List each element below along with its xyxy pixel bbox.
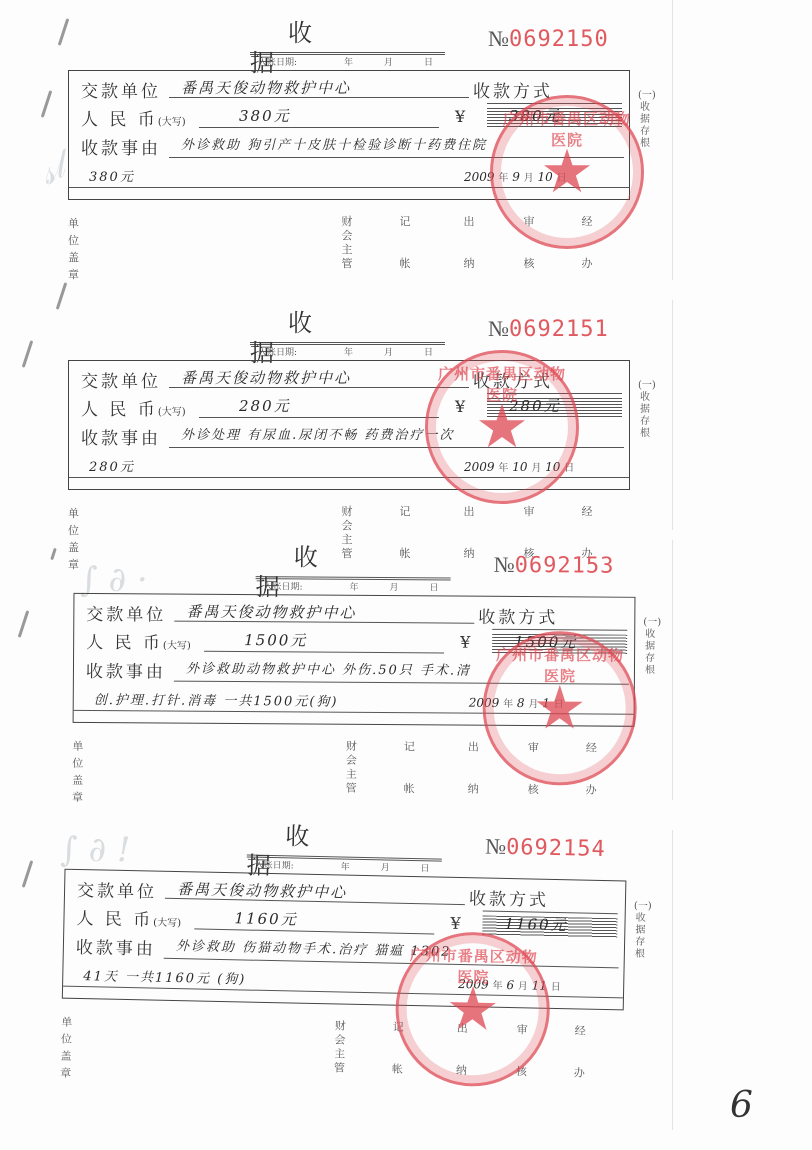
reason-line-1: 外诊救助动物救护中心 外伤.50只 手术.清 [186, 658, 471, 679]
star-icon: ★ [470, 395, 534, 459]
amount-row: 人 民 币(大写) [81, 105, 186, 130]
entry-date-year: 年 [341, 859, 381, 873]
reason-label: 收款事由 [76, 938, 156, 960]
entry-date-day: 日 [420, 861, 429, 874]
entry-date-year: 年 [344, 345, 384, 358]
rmb-label: 人 民 币 [76, 909, 153, 931]
payer-value: 番禺天俊动物救护中心 [186, 601, 356, 623]
entry-date-year: 年 [350, 580, 390, 593]
cashier-label-top: 出 [462, 215, 476, 229]
amount-row: 人 民 币(大写) [86, 628, 191, 654]
payer-label: 交款单位 [86, 605, 166, 626]
stub-note: (一)收据存根 [643, 617, 657, 677]
entry-date-month: 月 [381, 860, 421, 874]
entry-date: 入账日期:年月日 [258, 55, 433, 68]
yen-sign: ¥ [460, 633, 470, 652]
number-mark: № [488, 316, 509, 341]
entry-date-label: 入账日期: [258, 345, 344, 358]
amount-capital-underline [199, 417, 439, 418]
rmb-label: 人 民 币 [86, 633, 163, 654]
amount-figure-value: 1160元 [504, 913, 568, 935]
number-mark: № [488, 26, 509, 51]
entry-date-year: 年 [344, 55, 384, 68]
reason-underline [164, 958, 619, 969]
red-official-stamp: 广州市番禺区动物医院 ★ [482, 631, 637, 786]
receipt-number: №0692151 [488, 316, 609, 342]
yen-sign: ¥ [450, 914, 461, 933]
rmb-capital-label: (大写) [158, 407, 186, 418]
staple-mark [18, 610, 30, 638]
staple-mark [22, 860, 34, 888]
stub-note: (一)收据存根 [638, 90, 652, 150]
receipt-title: 收据 [256, 542, 451, 580]
payer-row: 交款单位 [81, 77, 161, 102]
review-label-bottom: 核 [522, 257, 536, 271]
reason-row: 收款事由 [81, 424, 161, 449]
receipt-number: №0692153 [494, 552, 615, 579]
rmb-capital-label: (大写) [163, 641, 191, 652]
entry-date: 入账日期:年月日 [264, 579, 439, 593]
handler-label-bottom: 办 [580, 257, 594, 271]
handler-label-top: 经 [580, 505, 594, 519]
cashier-label-bottom: 纳 [462, 257, 476, 271]
payer-row: 交款单位 [86, 600, 166, 626]
unit-seal-label: 单位盖章 [68, 215, 82, 283]
amount-row: 人 民 币(大写) [76, 904, 181, 931]
rmb-capital-label: (大写) [153, 918, 181, 930]
bookkeeping-label-bottom: 帐 [398, 257, 412, 271]
reason-line-1: 外诊处理 有尿血.尿闭不畅 药费治疗一次 [181, 424, 454, 443]
stub-note: (一)收据存根 [633, 901, 648, 961]
star-icon: ★ [535, 140, 599, 204]
reason-label: 收款事由 [81, 139, 161, 159]
receipt-number: №0692154 [485, 833, 606, 862]
unit-seal-label: 单位盖章 [60, 1014, 75, 1082]
star-icon: ★ [440, 977, 505, 1042]
bookkeeping-label-bottom: 帐 [390, 1063, 404, 1077]
amount-capital-underline [204, 651, 444, 654]
entry-date-day: 日 [424, 345, 433, 358]
payer-value: 番禺天俊动物救护中心 [181, 77, 351, 98]
receipt-number-value: 0692151 [509, 317, 609, 342]
payer-value: 番禺天俊动物救护中心 [181, 367, 351, 388]
payer-label: 交款单位 [77, 881, 157, 903]
bookkeeping-label-top: 记 [398, 215, 412, 229]
payment-method-label: 收款方式 [469, 884, 550, 911]
handler-label-top: 经 [573, 1024, 587, 1038]
reason-line-2: 380元 [89, 166, 135, 185]
amount-capital-value: 380元 [239, 105, 291, 126]
receipt-title: 收据 [250, 18, 445, 55]
payer-label: 交款单位 [81, 82, 161, 102]
handler-label-bottom: 办 [572, 1066, 586, 1080]
number-mark: № [494, 552, 515, 577]
amount-capital-value: 280元 [239, 395, 291, 416]
amount-row: 人 民 币(大写) [81, 395, 186, 420]
reason-label: 收款事由 [81, 429, 161, 449]
amount-capital-value: 1500元 [244, 629, 307, 650]
handler-label-bottom: 办 [584, 783, 598, 797]
entry-date: 入账日期:年月日 [258, 345, 433, 358]
entry-date-label: 入账日期: [255, 858, 341, 873]
entry-date-label: 入账日期: [258, 55, 344, 68]
review-label-bottom: 核 [526, 783, 540, 797]
amount-capital-underline [199, 127, 439, 128]
reason-row: 收款事由 [81, 134, 161, 159]
stub-note: (一)收据存根 [638, 380, 652, 440]
rmb-capital-label: (大写) [158, 117, 186, 128]
reason-line-2: 280元 [89, 456, 135, 475]
reason-line-1: 外诊救助 狗引产十皮肤十检验诊断十药费住院 [181, 134, 487, 153]
payment-method-label: 收款方式 [478, 603, 558, 629]
rmb-label: 人 民 币 [81, 110, 158, 130]
cashier-label-top: 出 [466, 741, 480, 755]
reason-line-2: 创.护理.打针.消毒 一共1500元(狗) [94, 689, 339, 710]
staple-mark [22, 340, 34, 368]
page-number: 6 [730, 1085, 753, 1126]
reason-label: 收款事由 [86, 662, 166, 683]
entry-date-month: 月 [390, 580, 430, 593]
red-official-stamp: 广州市番禺区动物医院 ★ [425, 350, 579, 504]
receipt: 收据 №0692153 入账日期:年月日 交款单位 番禺天俊动物救护中心 收款方… [54, 533, 696, 797]
reason-row: 收款事由 [76, 933, 157, 960]
entry-date-day: 日 [430, 580, 439, 593]
entry-date-day: 日 [424, 55, 433, 68]
amount-capital-value: 1160元 [234, 907, 298, 929]
payer-row: 交款单位 [77, 876, 158, 903]
entry-date-month: 月 [384, 345, 424, 358]
payer-value: 番禺天俊动物救护中心 [177, 878, 347, 903]
receipt-title: 收据 [247, 821, 443, 862]
bookkeeping-label-top: 记 [402, 740, 416, 754]
cashier-label-top: 出 [462, 505, 476, 519]
finance-supervisor-label: 财会主管 [332, 1019, 347, 1075]
review-label-top: 审 [522, 505, 536, 519]
star-icon: ★ [527, 676, 591, 740]
bookkeeping-label-top: 记 [398, 505, 412, 519]
finance-supervisor-label: 财会主管 [340, 215, 354, 271]
amount-capital-underline [194, 928, 434, 934]
rmb-label: 人 民 币 [81, 400, 158, 420]
cashier-label-bottom: 纳 [466, 783, 480, 797]
finance-supervisor-label: 财会主管 [344, 740, 358, 796]
receipt: 收据 №0692154 入账日期:年月日 交款单位 番禺天俊动物救护中心 收款方… [42, 808, 687, 1081]
receipt-title: 收据 [250, 308, 445, 345]
red-official-stamp: 广州市番禺区动物医院 ★ [490, 95, 644, 249]
yen-sign: ¥ [455, 107, 465, 126]
receipt-number: №0692150 [488, 26, 609, 52]
number-mark: № [485, 833, 507, 858]
payer-row: 交款单位 [81, 367, 161, 392]
reason-line-2: 41天 一共1160元 (狗) [83, 965, 246, 987]
receipt: 收据 №0692150 入账日期:年月日 交款单位 番禺天俊动物救护中心 收款方… [50, 10, 690, 270]
entry-date-label: 入账日期: [264, 579, 350, 593]
receipt-number-value: 0692150 [509, 27, 609, 52]
payer-label: 交款单位 [81, 372, 161, 392]
unit-seal-label: 单位盖章 [72, 738, 86, 806]
receipt-number-value: 0692154 [506, 835, 606, 862]
receipt-number-value: 0692153 [515, 553, 615, 579]
receipt: 收据 №0692151 入账日期:年月日 交款单位 番禺天俊动物救护中心 收款方… [50, 300, 690, 560]
entry-date-month: 月 [384, 55, 424, 68]
bookkeeping-label-bottom: 帐 [402, 782, 416, 796]
reason-row: 收款事由 [86, 657, 166, 683]
